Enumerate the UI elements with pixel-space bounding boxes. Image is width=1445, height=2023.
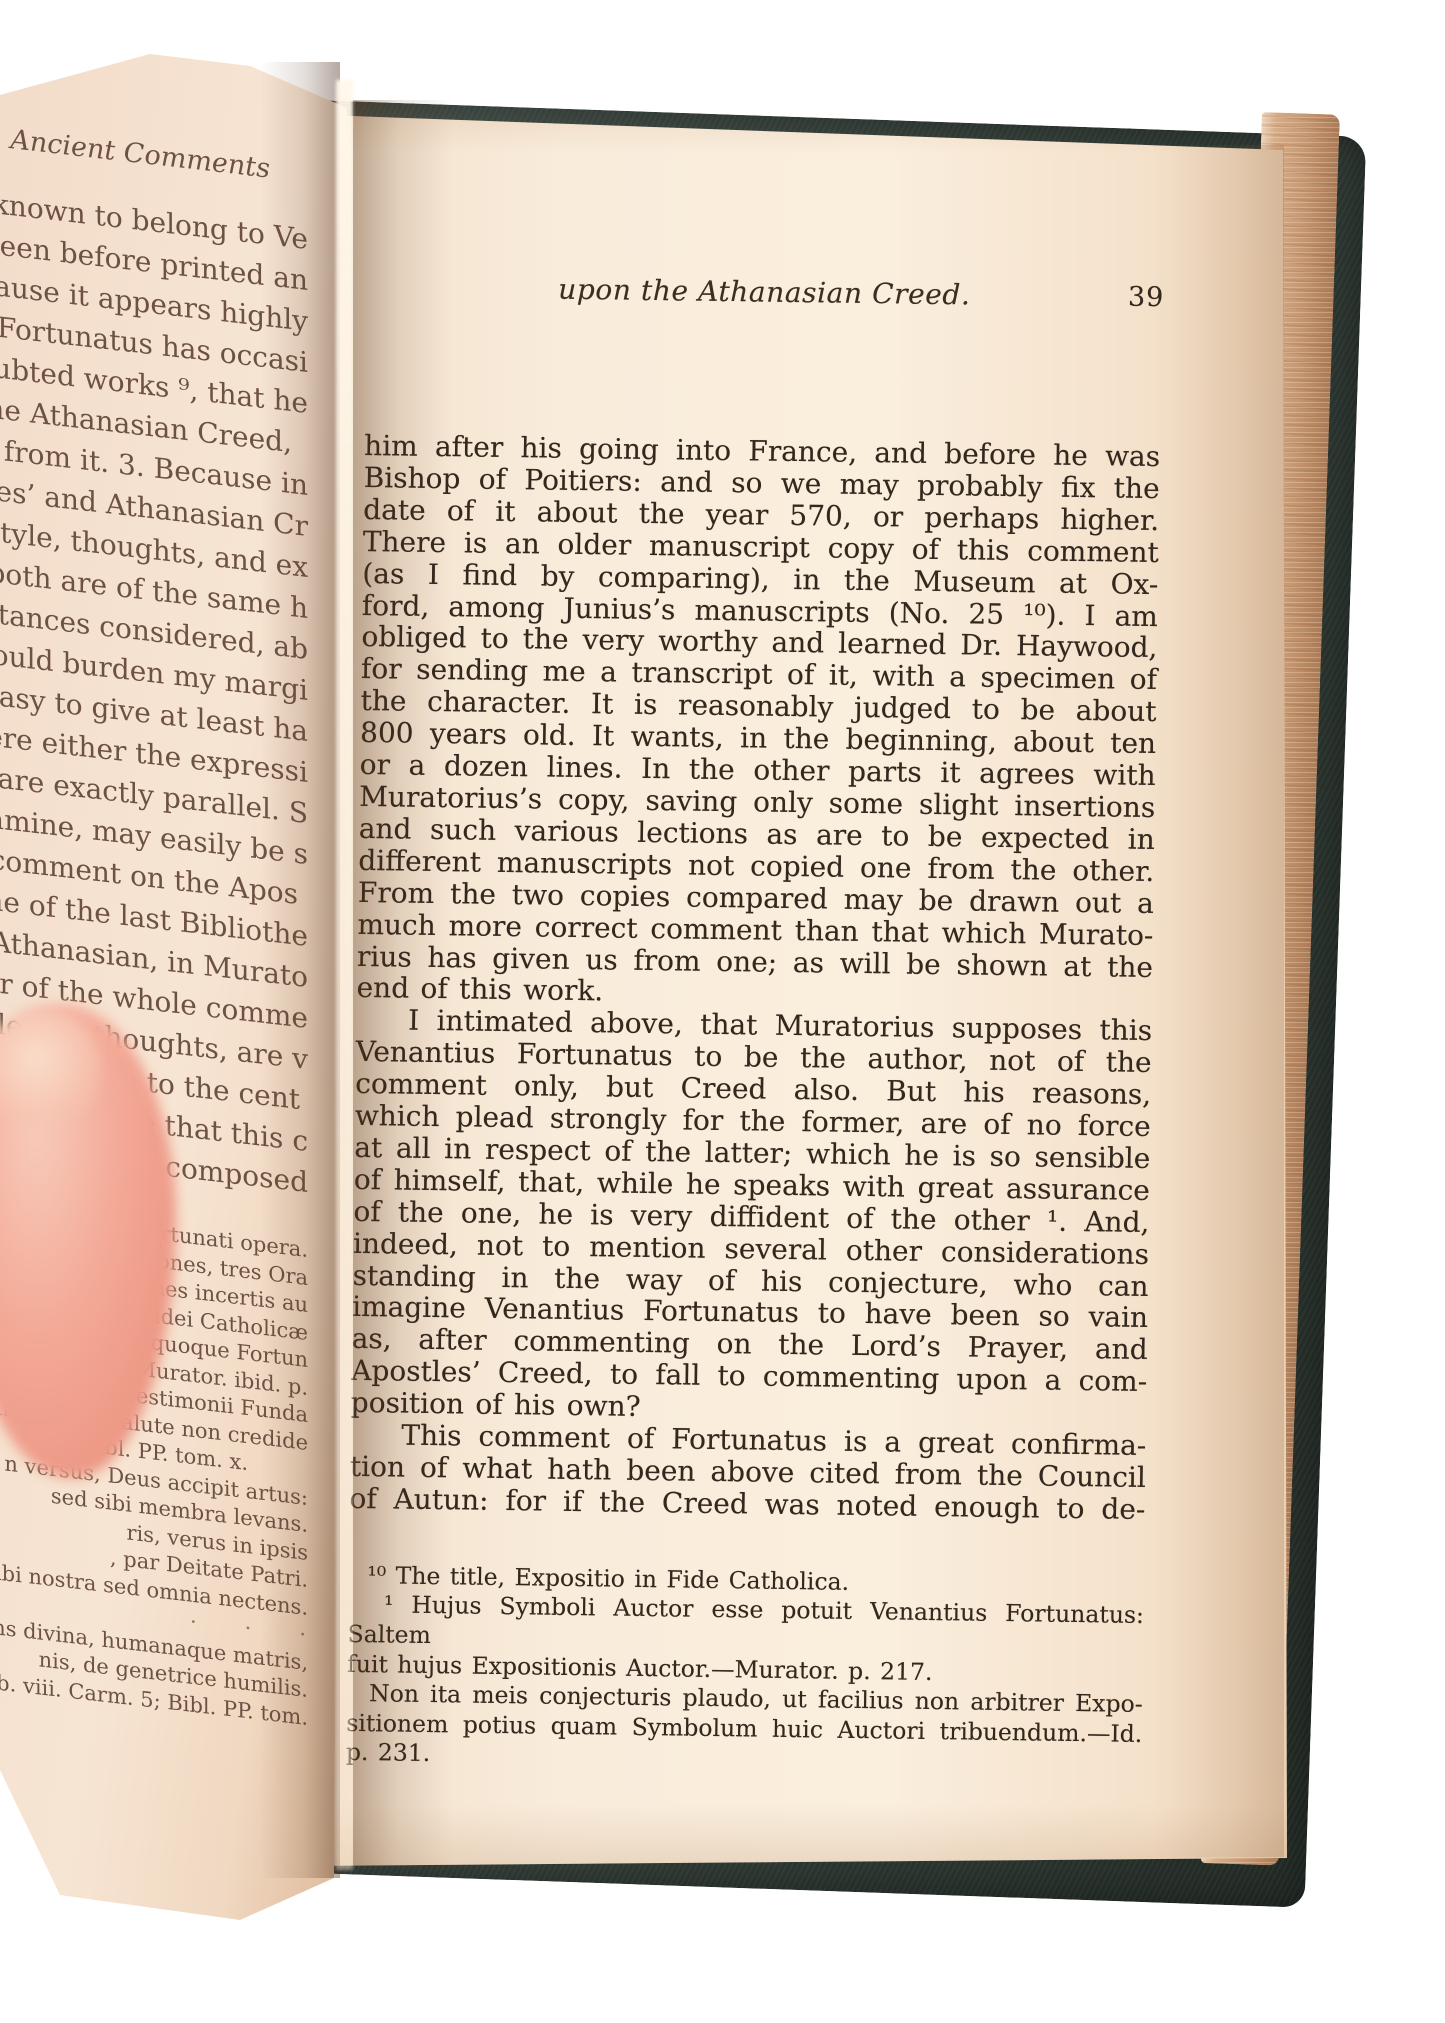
book-photo: upon the Athanasian Creed. 39 him after …: [0, 0, 1445, 2023]
left-page: Ancient Comments nd which is known to be…: [0, 40, 352, 1960]
right-page: upon the Athanasian Creed. 39 him after …: [283, 100, 1291, 1875]
running-header: Ancient Comments: [0, 78, 270, 184]
paragraph: I intimated above, that Muratorius suppo…: [351, 1004, 1153, 1430]
right-page-content: upon the Athanasian Creed. 39 him after …: [346, 100, 1165, 1779]
page-number: 39: [1128, 282, 1165, 314]
paragraph: him after his going into France, and bef…: [356, 430, 1160, 1015]
running-header: upon the Athanasian Creed.: [366, 270, 1162, 314]
right-page-footnotes: ¹⁰ The title, Expositio in Fide Catholic…: [346, 1561, 1145, 1779]
right-page-body: him after his going into France, and bef…: [349, 430, 1160, 1526]
paragraph: This comment of Fortunatus is a great co…: [349, 1419, 1146, 1526]
text-line: ¹ Hujus Symboli Auctor esse potuit Venan…: [347, 1590, 1144, 1660]
right-page-header-row: upon the Athanasian Creed. 39: [366, 270, 1162, 321]
left-page-content: Ancient Comments nd which is known to be…: [0, 78, 308, 1732]
